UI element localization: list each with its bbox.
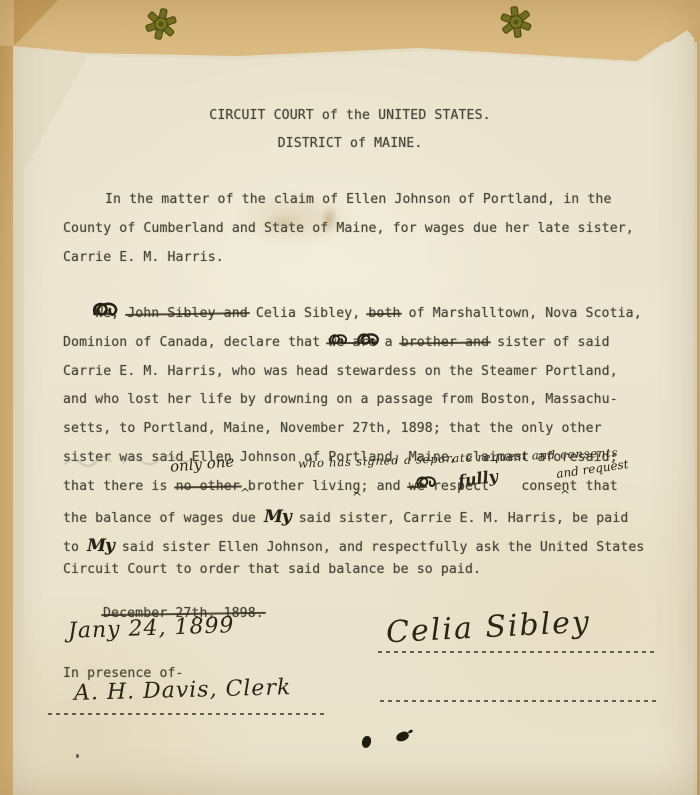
caret-mark: ^ — [240, 486, 250, 500]
pencil-smudge — [63, 455, 213, 469]
body-line: and who lost her life by drowning on a p… — [63, 392, 618, 407]
body-line: We, John Sibley and Celia Sibley, both o… — [95, 306, 642, 321]
struck-text: John Sibley and — [127, 306, 248, 321]
body-line: Carrie E. M. Harris, who was head stewar… — [63, 364, 618, 379]
intro-line: In the matter of the claim of Ellen John… — [105, 192, 612, 207]
body-line: that there is no other brother living; a… — [63, 479, 618, 494]
signature-line — [48, 713, 326, 715]
signature-line — [380, 700, 658, 702]
document-scan: CIRCUIT COURT of the UNITED STATES. DIST… — [0, 0, 700, 795]
district-title: DISTRICT of MAINE. — [3, 136, 697, 151]
handwritten-my: My — [264, 507, 291, 527]
ink-scribble — [327, 331, 349, 347]
body-line: Circuit Court to order that said balance… — [63, 562, 481, 577]
ink-scribble — [352, 331, 384, 347]
ink-speck — [76, 754, 79, 758]
court-title: CIRCUIT COURT of the UNITED STATES. — [3, 108, 697, 123]
ink-scribble — [414, 473, 438, 490]
signature-line — [378, 651, 658, 653]
ink-scribble — [90, 299, 120, 319]
caret-mark: ^ — [352, 490, 362, 504]
handwritten-my: My — [87, 536, 114, 556]
body-line: setts, to Portland, Maine, November 27th… — [63, 421, 602, 436]
brass-fastener-star-icon — [496, 2, 537, 43]
intro-line: Carrie E. M. Harris. — [63, 250, 224, 265]
intro-line: County of Cumberland and State of Maine,… — [63, 221, 634, 236]
struck-text: no other — [176, 479, 240, 494]
body-line: the balance of wages due My said sister,… — [63, 507, 628, 527]
struck-text: both — [368, 306, 400, 321]
body-line: to My said sister Ellen Johnson, and res… — [63, 536, 644, 556]
struck-text: brother and — [401, 335, 489, 350]
caret-mark: ^ — [560, 488, 570, 502]
brass-fastener-star-icon — [140, 3, 183, 46]
